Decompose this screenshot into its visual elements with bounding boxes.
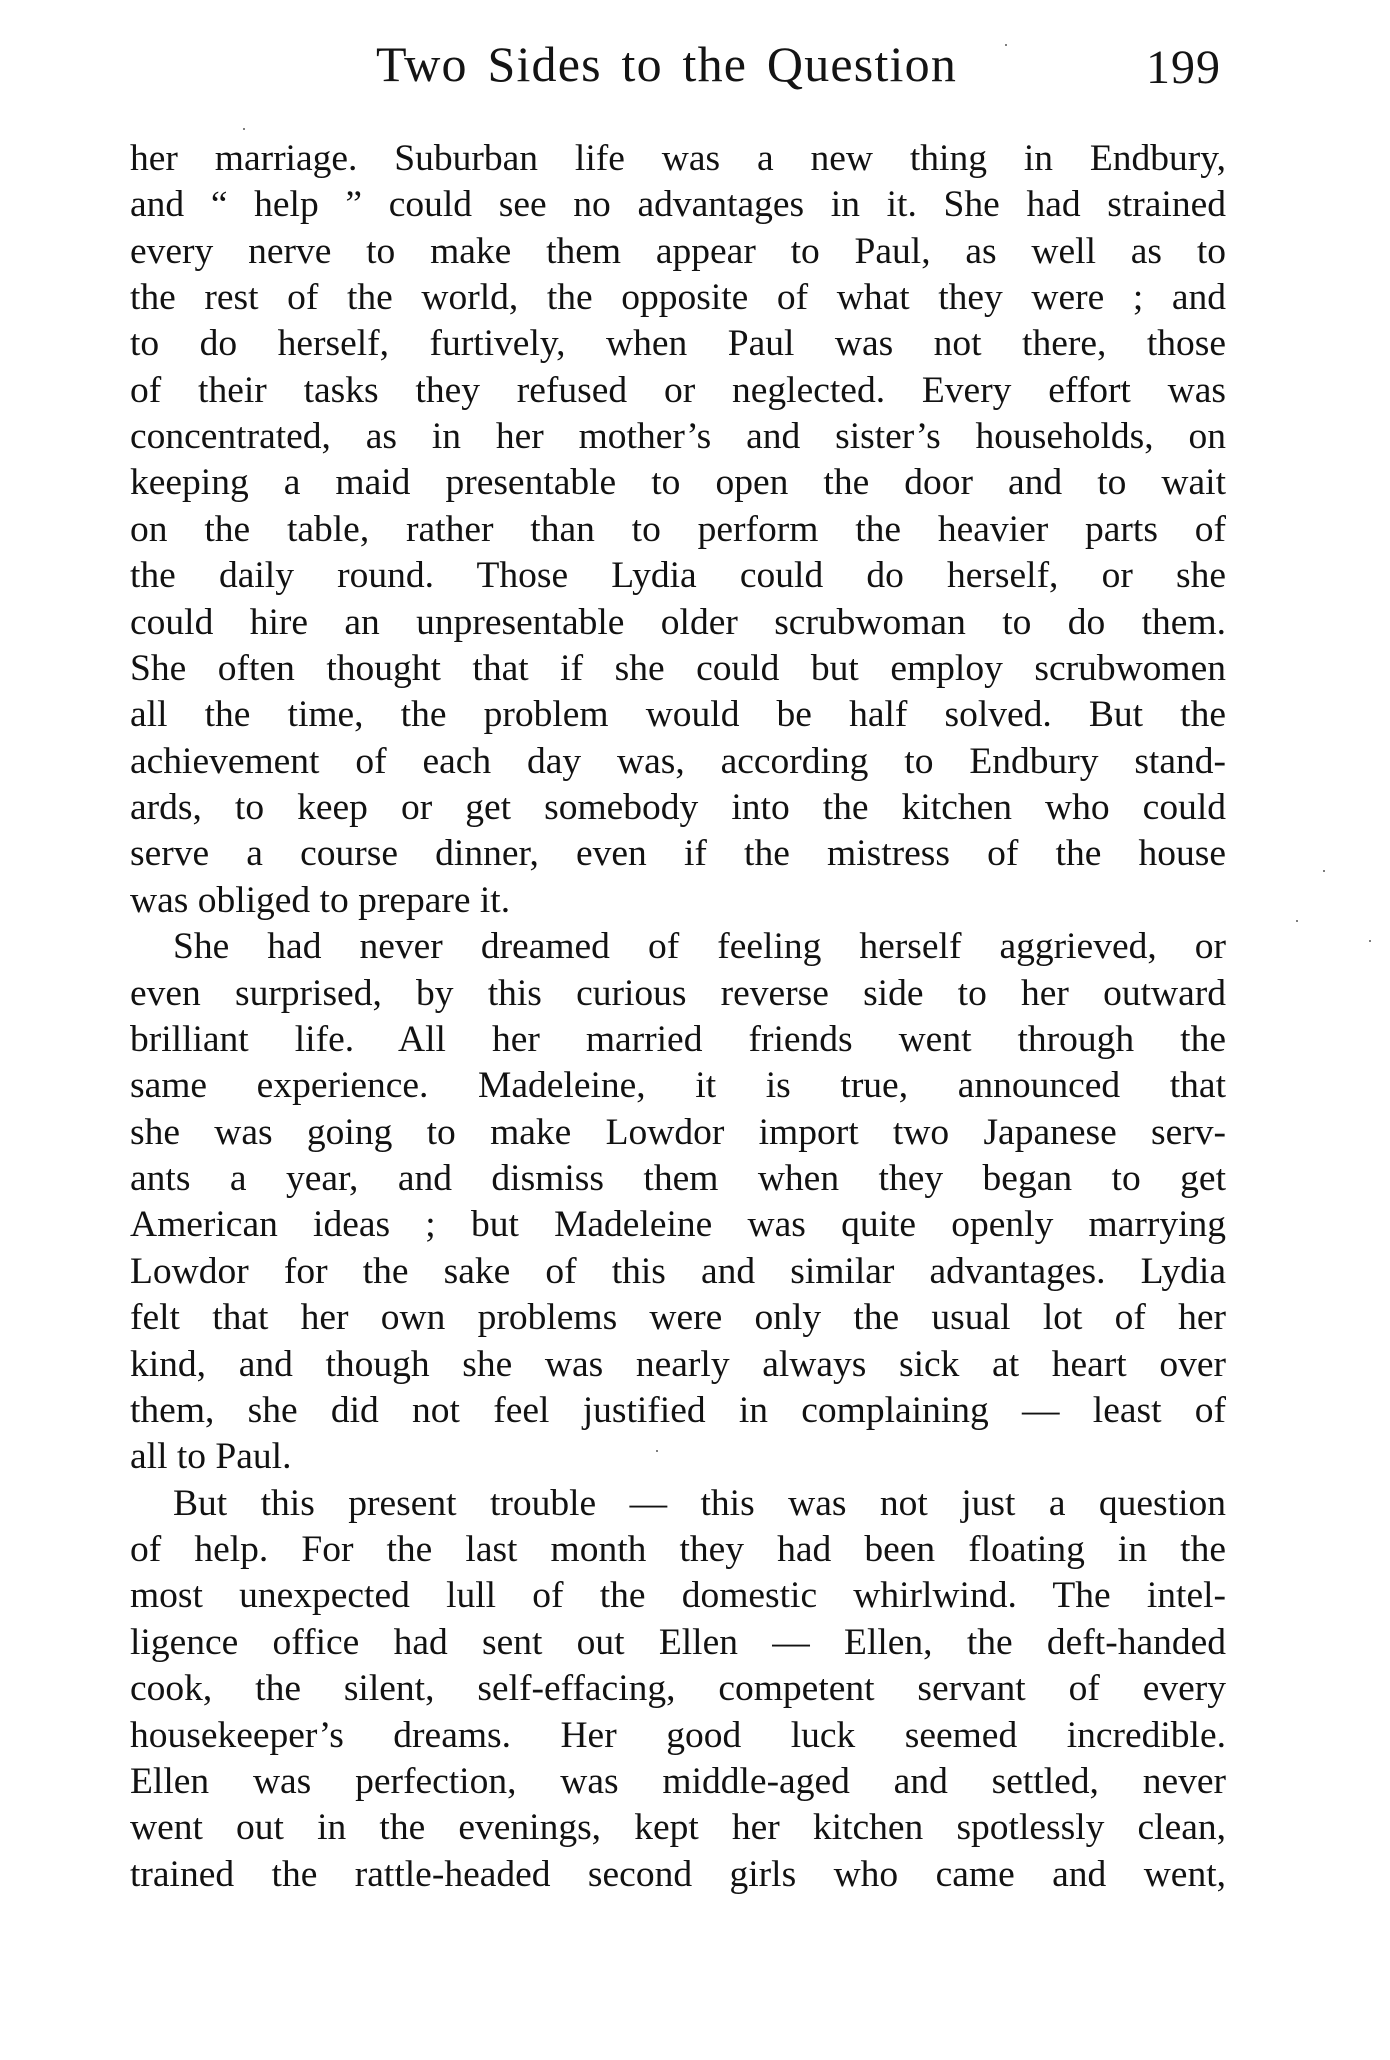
text-line: them, she did not feel justified in comp… (130, 1388, 1226, 1434)
text-line: of their tasks they refused or neglected… (130, 368, 1226, 414)
text-line: was obliged to prepare it. (130, 878, 1226, 924)
text-line: same experience. Madeleine, it is true, … (130, 1063, 1226, 1109)
text-line: She often thought that if she could but … (130, 646, 1226, 692)
text-line: brilliant life. All her married friends … (130, 1017, 1226, 1063)
text-line: on the table, rather than to perform the… (130, 507, 1226, 553)
scan-speck (1005, 44, 1007, 46)
text-line: even surprised, by this curious reverse … (130, 971, 1226, 1017)
text-line: cook, the silent, self-effacing, compete… (130, 1666, 1226, 1712)
text-line: most unexpected lull of the domestic whi… (130, 1573, 1226, 1619)
text-line: serve a course dinner, even if the mistr… (130, 831, 1226, 877)
text-line: every nerve to make them appear to Paul,… (130, 229, 1226, 275)
running-head-title: Two Sides to the Question (376, 32, 957, 96)
scan-speck (1323, 870, 1325, 872)
text-line: keeping a maid presentable to open the d… (130, 460, 1226, 506)
text-line: went out in the evenings, kept her kitch… (130, 1805, 1226, 1851)
scan-speck (243, 128, 245, 130)
text-line: all the time, the problem would be half … (130, 692, 1226, 738)
text-line: to do herself, furtively, when Paul was … (130, 321, 1226, 367)
text-line: But this present trouble — this was not … (173, 1481, 1226, 1527)
text-line: concentrated, as in her mother’s and sis… (130, 414, 1226, 460)
running-head: Two Sides to the Question 199 (0, 0, 1390, 110)
text-line: kind, and though she was nearly always s… (130, 1342, 1226, 1388)
text-line: Lowdor for the sake of this and similar … (130, 1249, 1226, 1295)
text-line: felt that her own problems were only the… (130, 1295, 1226, 1341)
text-line: of help. For the last month they had bee… (130, 1527, 1226, 1573)
text-line: the daily round. Those Lydia could do he… (130, 553, 1226, 599)
text-line: the rest of the world, the opposite of w… (130, 275, 1226, 321)
text-line: she was going to make Lowdor import two … (130, 1110, 1226, 1156)
text-line: Ellen was perfection, was middle-aged an… (130, 1759, 1226, 1805)
scan-speck (656, 1450, 658, 1452)
page-number: 199 (1146, 36, 1221, 100)
text-line: all to Paul. (130, 1434, 1226, 1480)
text-line: ards, to keep or get somebody into the k… (130, 785, 1226, 831)
text-line: housekeeper’s dreams. Her good luck seem… (130, 1713, 1226, 1759)
text-line: achievement of each day was, according t… (130, 739, 1226, 785)
text-line: her marriage. Suburban life was a new th… (130, 136, 1226, 182)
text-line: and “ help ” could see no advantages in … (130, 182, 1226, 228)
text-line: trained the rattle-headed second girls w… (130, 1852, 1226, 1898)
text-line: could hire an unpresentable older scrubw… (130, 600, 1226, 646)
scan-speck (1369, 940, 1371, 942)
text-line: American ideas ; but Madeleine was quite… (130, 1202, 1226, 1248)
scan-speck (1296, 920, 1298, 922)
book-page: Two Sides to the Question 199 her marria… (0, 0, 1390, 2060)
text-line: ligence office had sent out Ellen — Elle… (130, 1620, 1226, 1666)
text-line: ants a year, and dismiss them when they … (130, 1156, 1226, 1202)
text-line: She had never dreamed of feeling herself… (173, 924, 1226, 970)
